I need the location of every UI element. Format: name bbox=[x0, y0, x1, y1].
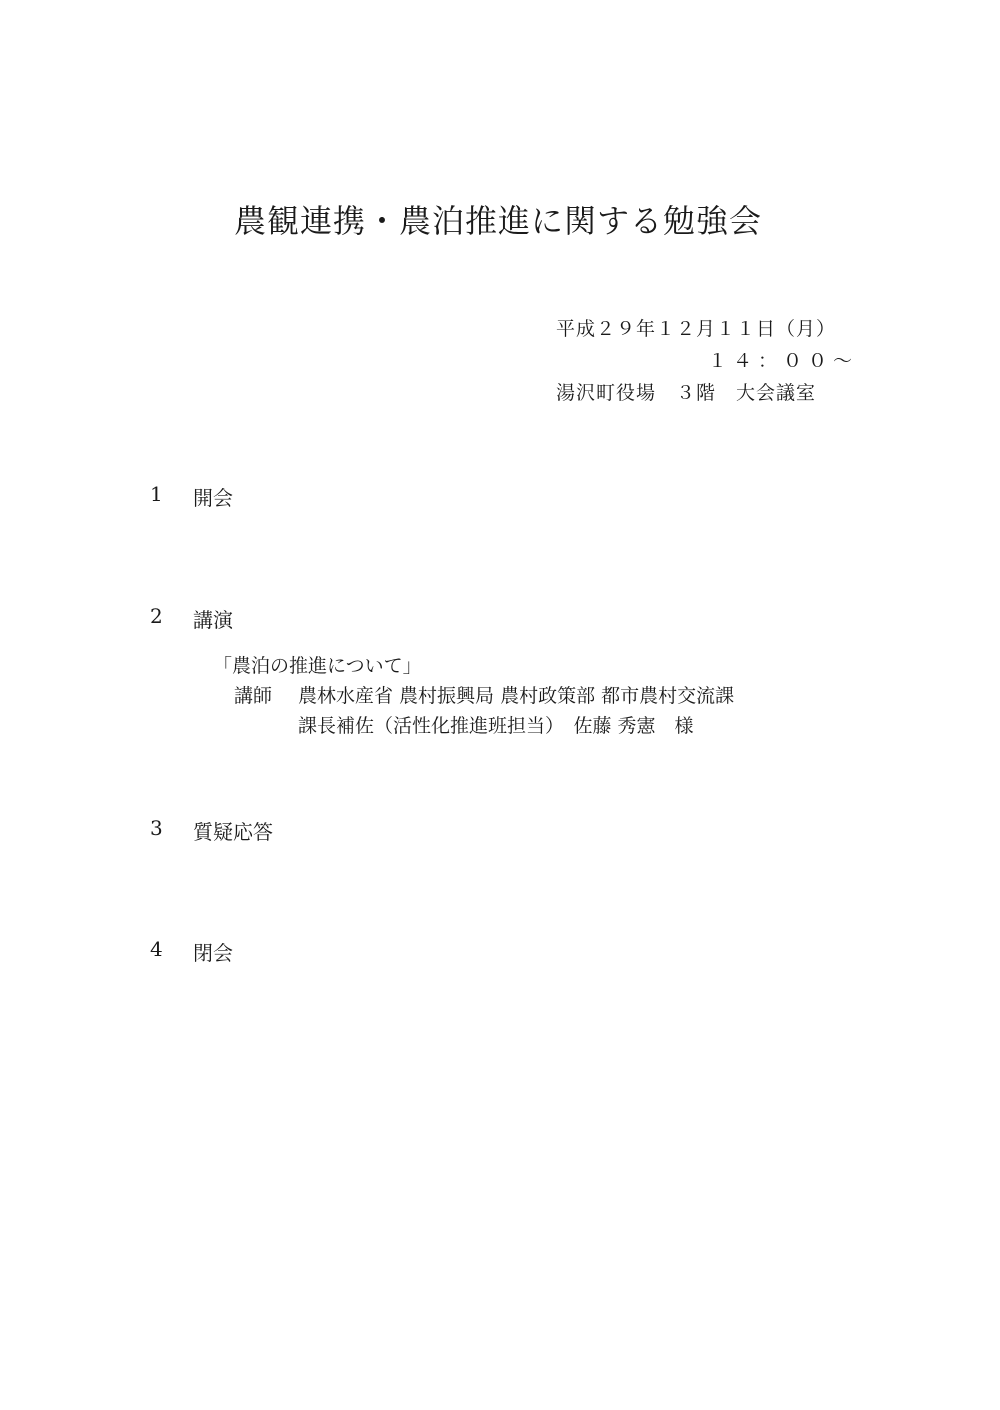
meeting-date: 平成２９年１２月１１日（月） bbox=[556, 314, 836, 341]
agenda-label: 質疑応答 bbox=[193, 816, 273, 845]
meeting-place: 湯沢町役場 ３階 大会議室 bbox=[556, 378, 816, 405]
agenda-number: 1 bbox=[150, 482, 163, 506]
agenda-number: 4 bbox=[150, 937, 163, 961]
lecturer-position-name: 課長補佐（活性化推進班担当） 佐藤 秀憲 様 bbox=[298, 711, 694, 738]
lecturer-affiliation: 農林水産省 農村振興局 農村政策部 都市農村交流課 bbox=[298, 681, 734, 708]
document-title: 農観連携・農泊推進に関する勉強会 bbox=[234, 196, 762, 242]
agenda-label: 講演 bbox=[193, 604, 233, 633]
agenda-label: 開会 bbox=[193, 482, 233, 511]
agenda-number: 3 bbox=[150, 816, 163, 840]
agenda-label: 閉会 bbox=[193, 937, 233, 966]
lecturer-label: 講師 bbox=[234, 681, 272, 708]
agenda-number: 2 bbox=[150, 604, 163, 628]
lecture-title: 「農泊の推進について」 bbox=[213, 651, 422, 678]
meeting-time: １４：００～ bbox=[708, 346, 858, 373]
